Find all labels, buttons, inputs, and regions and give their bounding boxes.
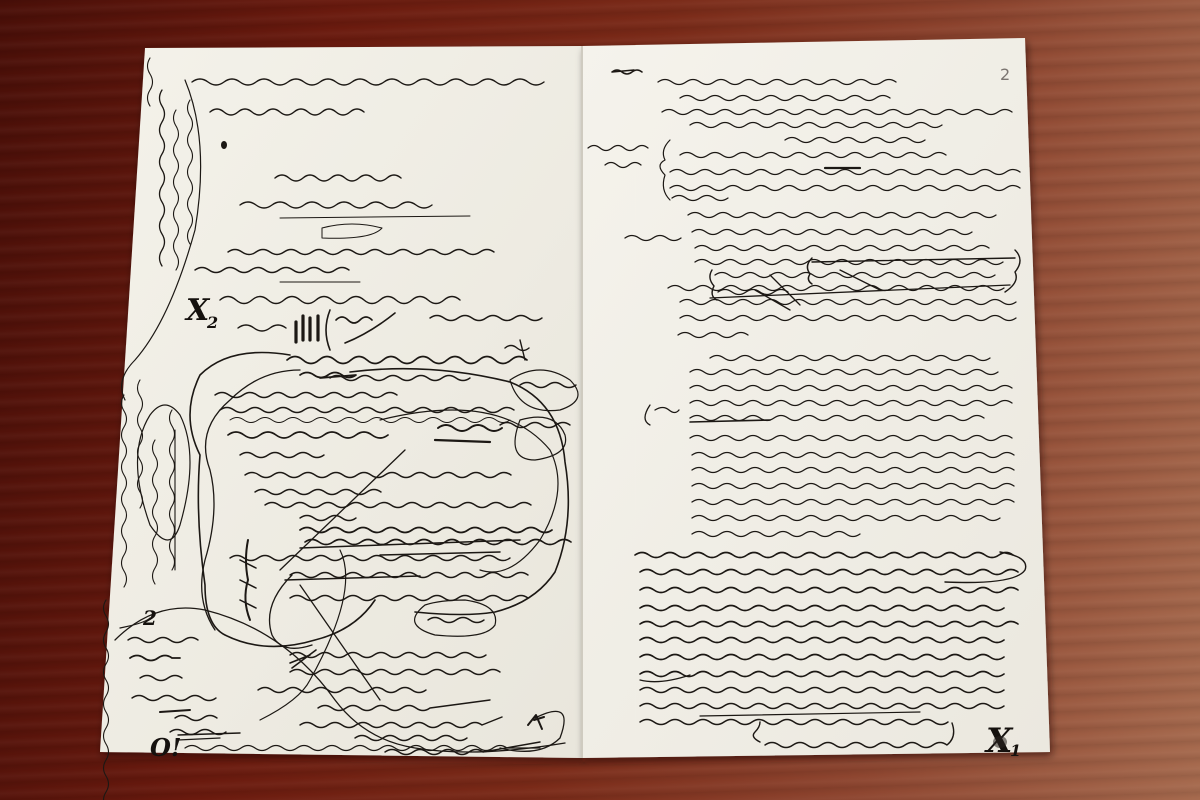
marker-x1-subscript: 1	[1010, 741, 1021, 760]
left-page	[100, 46, 582, 758]
ink-blot	[993, 736, 1007, 748]
margin-number-2: 2	[142, 606, 157, 630]
marker-x2-subscript: 2	[206, 313, 218, 332]
right-page	[582, 38, 1050, 758]
manuscript: X 2 2 O!	[0, 0, 1200, 800]
manuscript-pages: X 2 2 O!	[0, 0, 1200, 800]
exclamation-mark: O!	[150, 733, 181, 762]
page-number: 2	[1000, 65, 1010, 84]
ink-dot	[221, 141, 227, 149]
